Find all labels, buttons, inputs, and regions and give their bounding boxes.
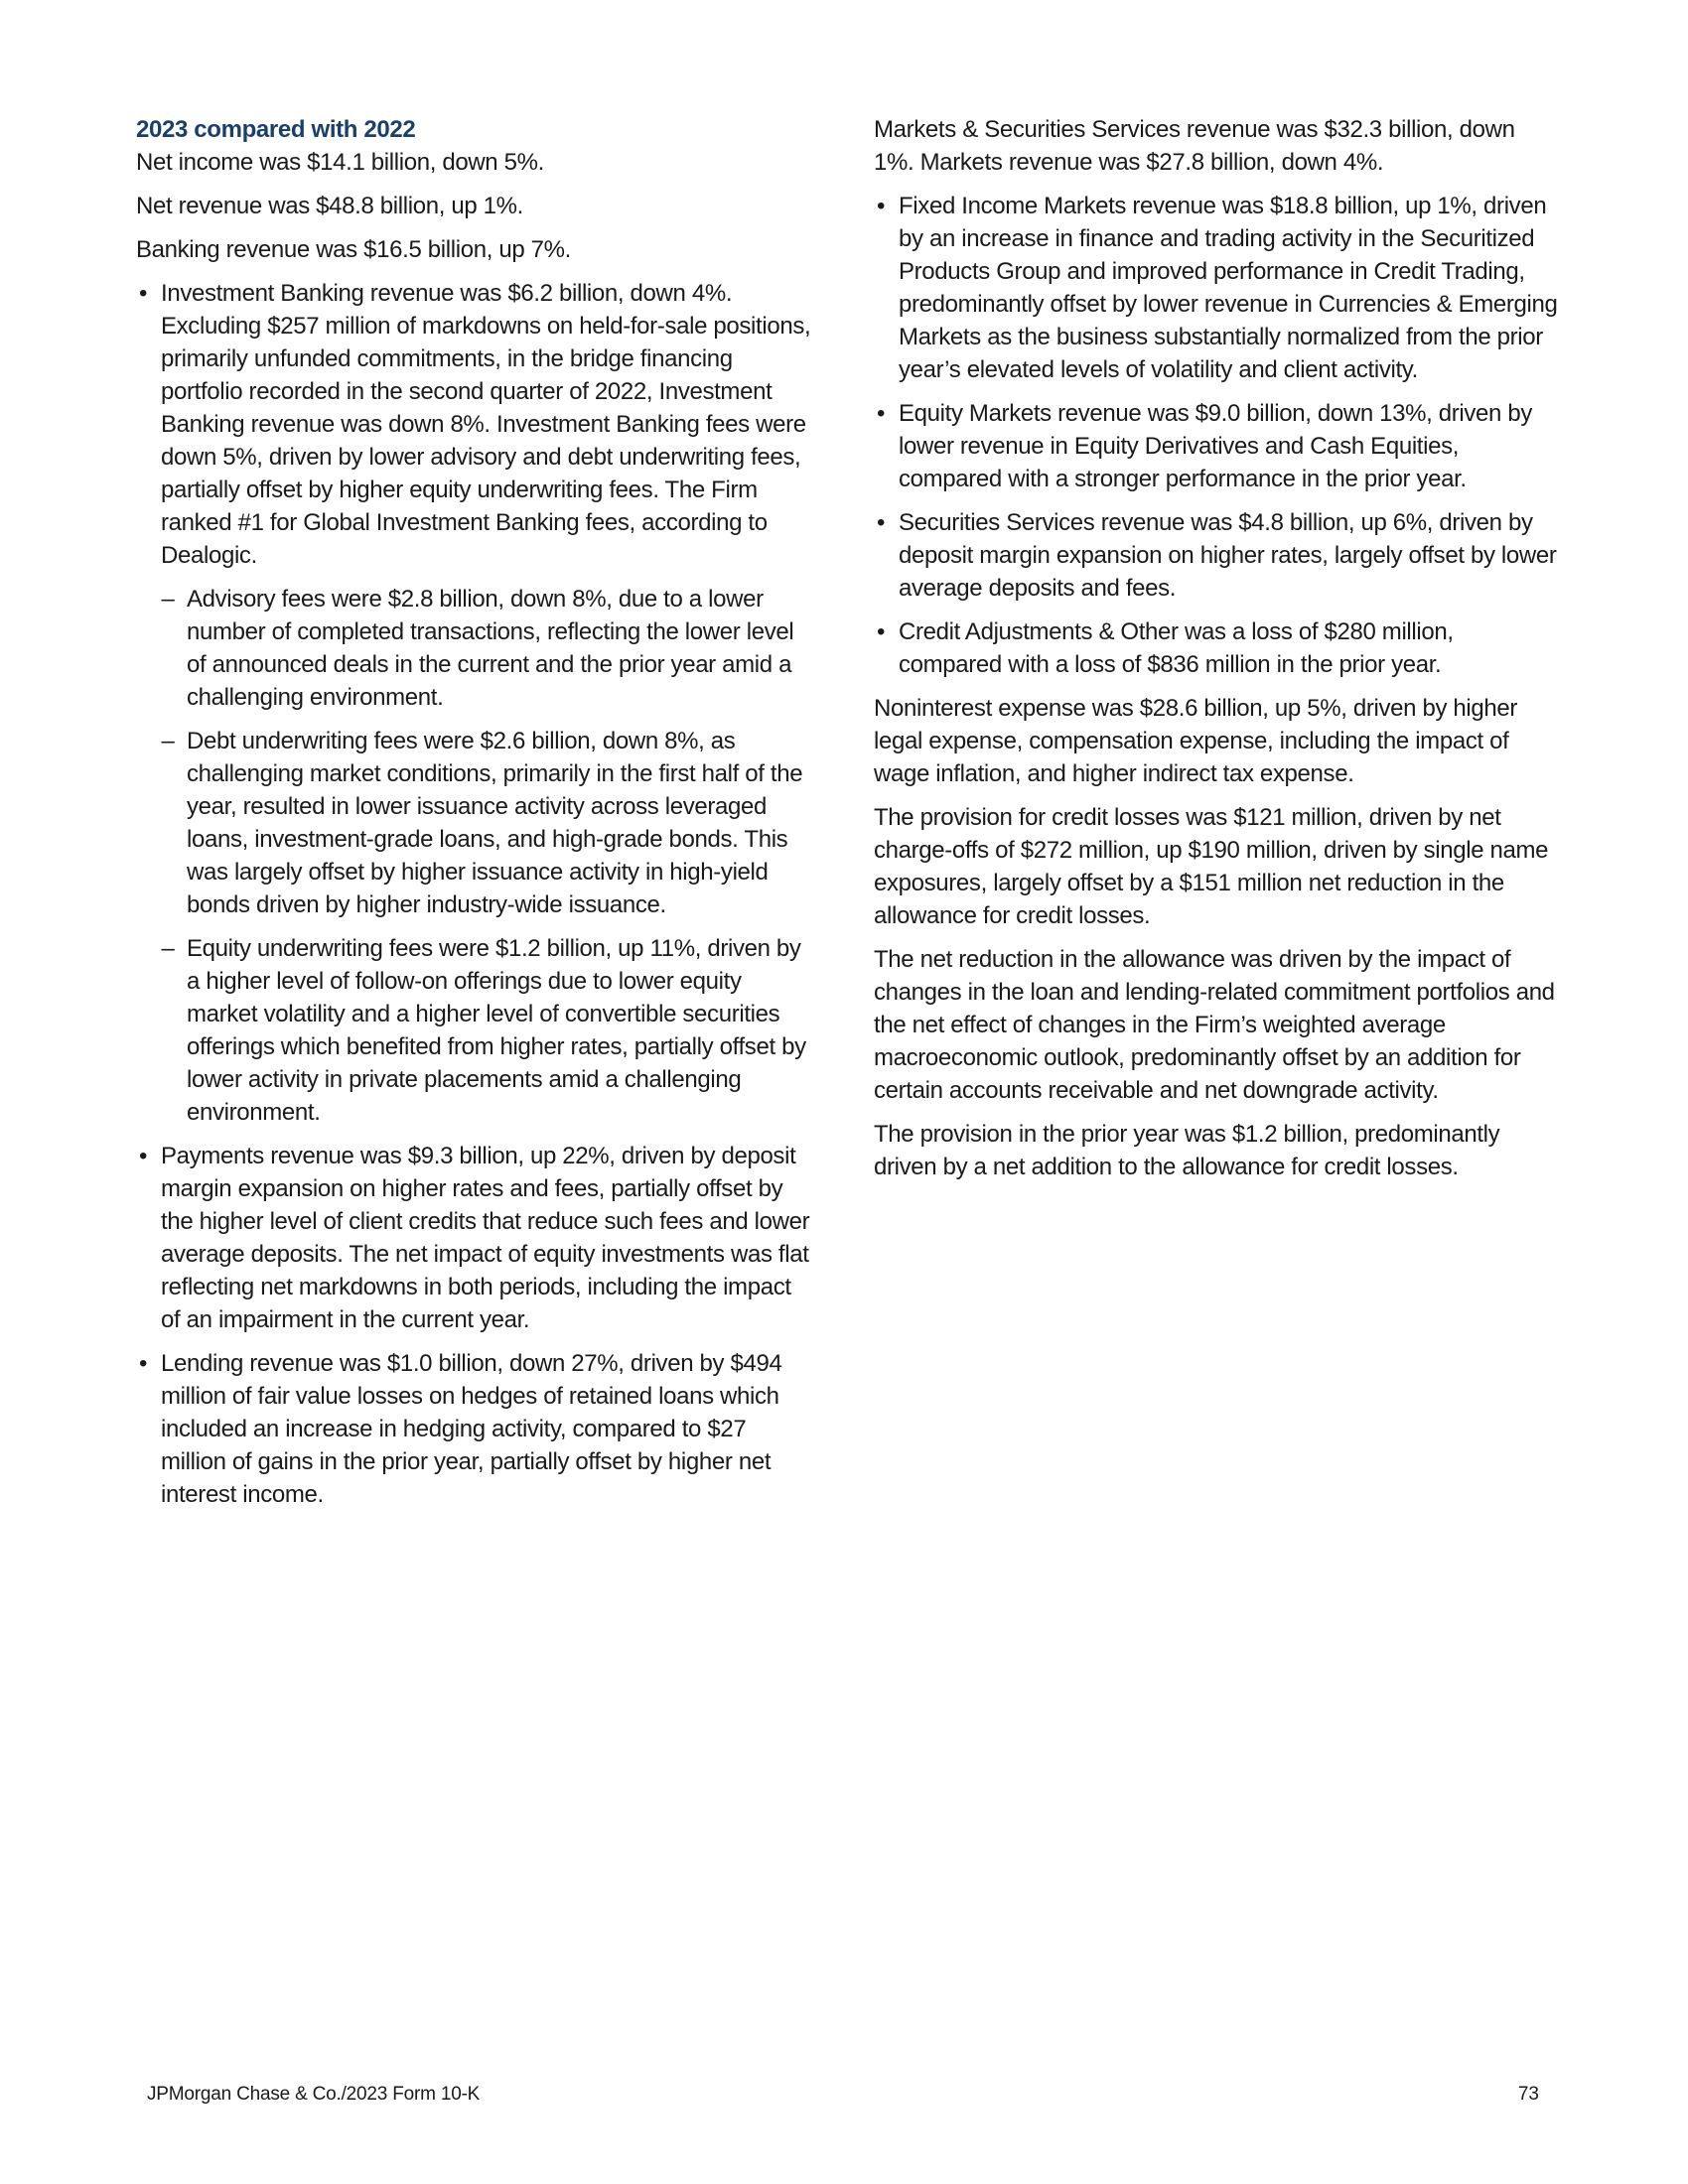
net-income-paragraph: Net income was $14.1 billion, down 5%. — [136, 146, 811, 179]
sub-item-text: Equity underwriting fees were $1.2 billi… — [187, 935, 806, 1126]
net-revenue-paragraph: Net revenue was $48.8 billion, up 1%. — [136, 190, 811, 222]
bullet-text: Credit Adjustments & Other was a loss of… — [899, 618, 1454, 678]
banking-revenue-paragraph: Banking revenue was $16.5 billion, up 7%… — [136, 233, 811, 266]
dash-icon: – — [161, 725, 175, 757]
footer-page-number: 73 — [1499, 2083, 1539, 2107]
footer-document-title: JPMorgan Chase & Co./2023 Form 10-K — [147, 2083, 480, 2107]
bullet-text: Investment Banking revenue was $6.2 bill… — [161, 280, 810, 569]
bullet-icon: • — [136, 1347, 150, 1380]
banking-bullet-list: • Investment Banking revenue was $6.2 bi… — [136, 277, 811, 1511]
noninterest-expense-paragraph: Noninterest expense was $28.6 billion, u… — [874, 692, 1559, 790]
sub-item-equity-underwriting: – Equity underwriting fees were $1.2 bil… — [161, 932, 811, 1129]
dash-icon: – — [161, 583, 175, 615]
bullet-icon: • — [136, 277, 150, 310]
bullet-equity-markets: • Equity Markets revenue was $9.0 billio… — [874, 397, 1559, 495]
sub-item-text: Advisory fees were $2.8 billion, down 8%… — [187, 586, 793, 711]
bullet-text: Lending revenue was $1.0 billion, down 2… — [161, 1350, 781, 1508]
sub-item-debt-underwriting: – Debt underwriting fees were $2.6 billi… — [161, 725, 811, 921]
bullet-icon: • — [874, 397, 888, 430]
bullet-icon: • — [136, 1140, 150, 1172]
bullet-investment-banking: • Investment Banking revenue was $6.2 bi… — [136, 277, 811, 1129]
bullet-text: Securities Services revenue was $4.8 bil… — [899, 509, 1557, 602]
bullet-securities-services: • Securities Services revenue was $4.8 b… — [874, 506, 1559, 605]
bullet-fixed-income: • Fixed Income Markets revenue was $18.8… — [874, 190, 1559, 386]
bullet-icon: • — [874, 615, 888, 648]
bullet-credit-adjustments: • Credit Adjustments & Other was a loss … — [874, 615, 1559, 681]
bullet-text: Equity Markets revenue was $9.0 billion,… — [899, 400, 1532, 492]
allowance-reduction-paragraph: The net reduction in the allowance was d… — [874, 943, 1559, 1107]
bullet-text: Fixed Income Markets revenue was $18.8 b… — [899, 193, 1558, 383]
bullet-text: Payments revenue was $9.3 billion, up 22… — [161, 1143, 809, 1333]
markets-securities-intro: Markets & Securities Services revenue wa… — [874, 113, 1559, 179]
left-column: 2023 compared with 2022 Net income was $… — [136, 113, 811, 1522]
bullet-lending: • Lending revenue was $1.0 billion, down… — [136, 1347, 811, 1511]
bullet-payments: • Payments revenue was $9.3 billion, up … — [136, 1140, 811, 1336]
sub-item-advisory: – Advisory fees were $2.8 billion, down … — [161, 583, 811, 714]
bullet-icon: • — [874, 506, 888, 539]
provision-credit-losses-paragraph: The provision for credit losses was $121… — [874, 801, 1559, 932]
section-heading: 2023 compared with 2022 — [136, 113, 811, 146]
dash-icon: – — [161, 932, 175, 965]
sub-item-text: Debt underwriting fees were $2.6 billion… — [187, 728, 802, 918]
bullet-icon: • — [874, 190, 888, 222]
investment-banking-sub-list: – Advisory fees were $2.8 billion, down … — [161, 583, 811, 1129]
prior-year-provision-paragraph: The provision in the prior year was $1.2… — [874, 1118, 1559, 1183]
right-column: Markets & Securities Services revenue wa… — [874, 113, 1559, 1194]
markets-bullet-list: • Fixed Income Markets revenue was $18.8… — [874, 190, 1559, 681]
